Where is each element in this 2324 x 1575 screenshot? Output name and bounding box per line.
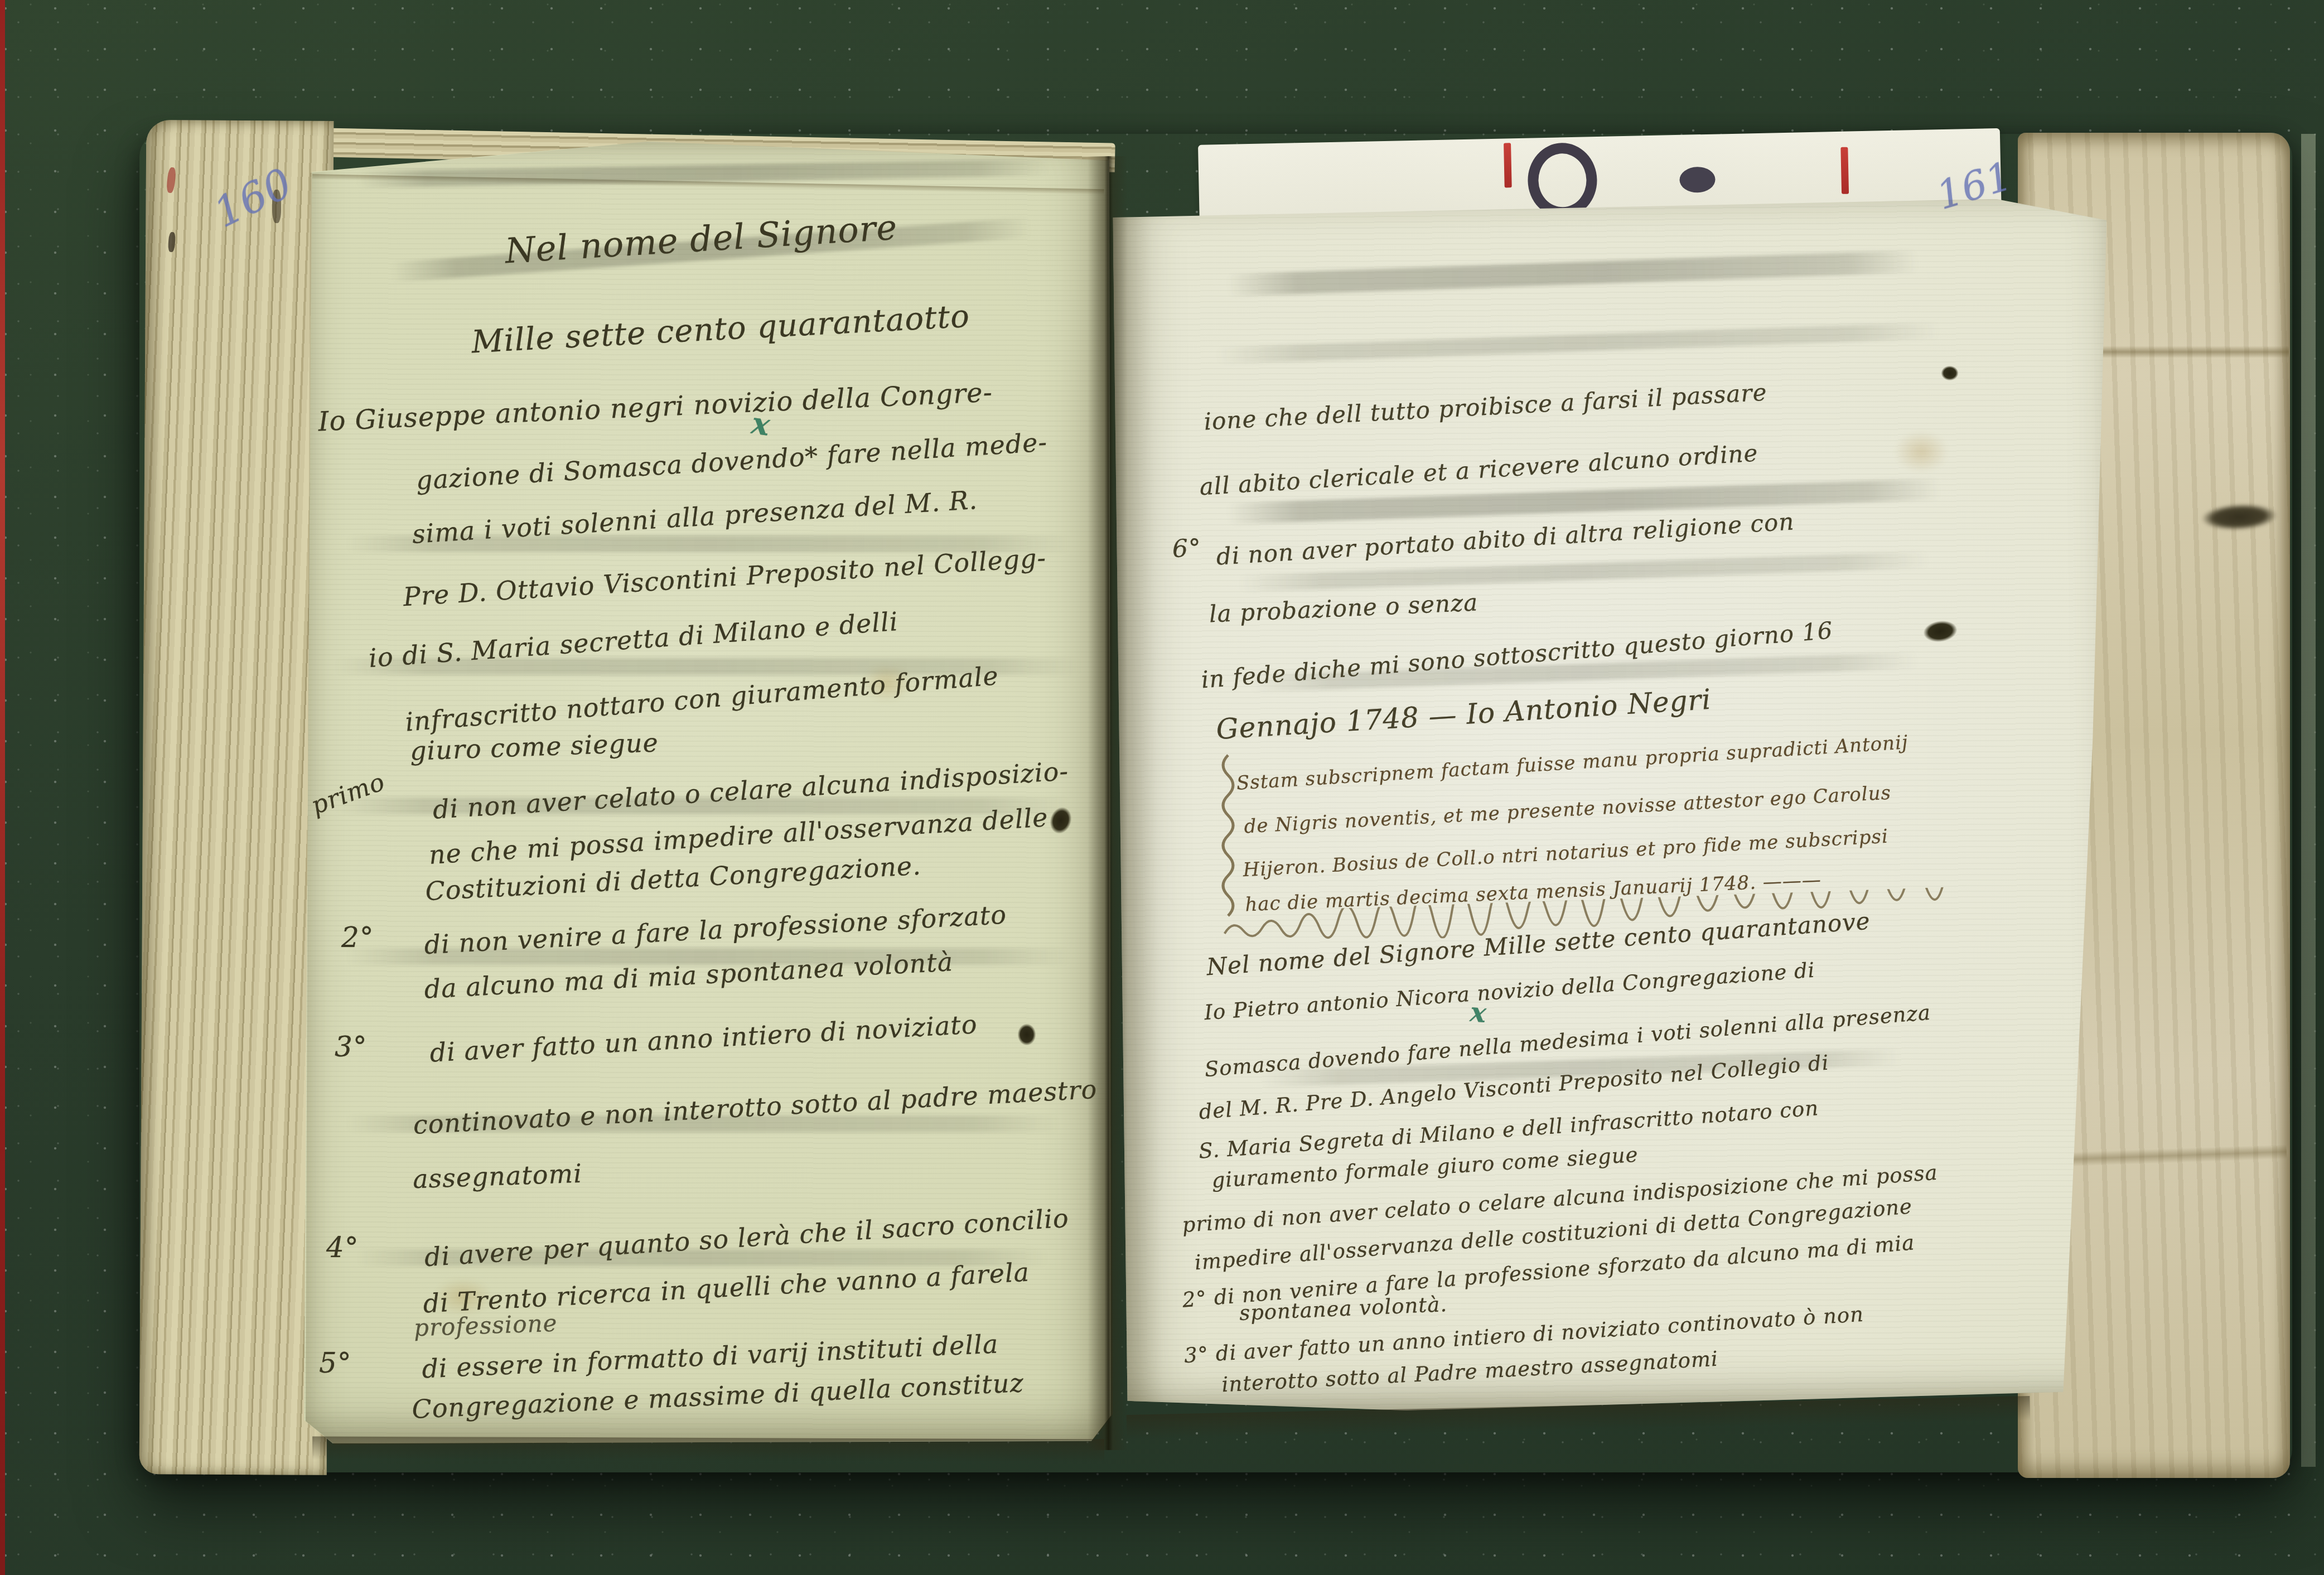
table-red-edge	[0, 0, 5, 1575]
margin-item-6: 6°	[1172, 534, 1202, 563]
margin-item-4: 4°	[326, 1231, 359, 1264]
photograph-of-manuscript-register: { "left": { "page_number": "160", "heade…	[0, 0, 2324, 1575]
red-registry-tick	[1840, 147, 1849, 194]
left-page-bottom-edge-shadow	[312, 1437, 1104, 1463]
margin-item-5: 5°	[319, 1347, 352, 1379]
manuscript-line: assegnatomi	[412, 1158, 583, 1195]
partial-numeral-glyph	[1527, 142, 1598, 219]
ink-blot	[1015, 1021, 1038, 1049]
cover-board-edge	[2301, 134, 2316, 1467]
book-fore-edge-stack	[139, 120, 334, 1475]
margin-item-2: 2°	[341, 921, 374, 954]
red-registry-tick	[1504, 143, 1512, 187]
partial-numeral-blob	[1679, 167, 1716, 193]
book-gutter-shadow	[1088, 156, 1128, 1450]
ink-blot	[1939, 364, 1961, 383]
manuscript-line: professione	[413, 1310, 558, 1342]
margin-brace-squiggle	[1215, 753, 1237, 920]
margin-item-3: 3°	[335, 1031, 368, 1063]
paper-stain	[1885, 424, 1958, 480]
